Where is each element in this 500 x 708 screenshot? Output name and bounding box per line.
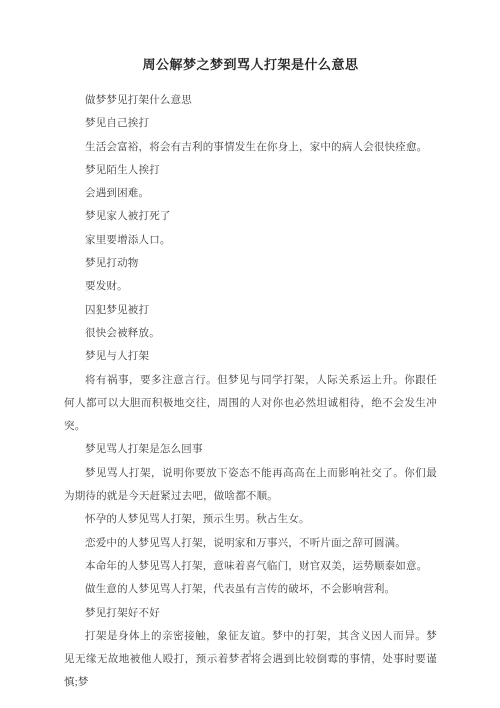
paragraph: 做梦梦见打架什么意思 xyxy=(64,89,437,112)
paragraph: 生活会富裕，将会有吉利的事情发生在你身上，家中的病人会很快痊愈。 xyxy=(64,136,437,159)
paragraph: 梦见家人被打死了 xyxy=(64,205,437,228)
paragraph: 会遇到困难。 xyxy=(64,182,437,205)
paragraph: 梦见打架好不好 xyxy=(64,602,437,625)
paragraph: 囚犯梦见被打 xyxy=(64,299,437,322)
paragraph: 梦见打动物 xyxy=(64,252,437,275)
paragraph: 本命年的人梦见骂人打架，意味着喜气临门，财官双美，运势顺泰如意。 xyxy=(64,555,437,578)
paragraph: 做生意的人梦见骂人打架，代表虽有言传的破坏，不会影响营利。 xyxy=(64,578,437,601)
paragraph: 恋爱中的人梦见骂人打架，说明家和万事兴，不听片面之辞可圆满。 xyxy=(64,532,437,555)
paragraph: 梦见骂人打架是怎么回事 xyxy=(64,438,437,461)
page-number: 1 xyxy=(0,649,500,661)
paragraph: 怀孕的人梦见骂人打架，预示生男。秋占生女。 xyxy=(64,508,437,531)
paragraph: 要发财。 xyxy=(64,275,437,298)
document-page: 周公解梦之梦到骂人打架是什么意思 做梦梦见打架什么意思 梦见自己挨打 生活会富裕… xyxy=(0,0,500,708)
paragraph: 梦见骂人打架，说明你要放下姿态不能再高高在上而影响社交了。你们最为期待的就是今天… xyxy=(64,462,437,509)
document-body: 做梦梦见打架什么意思 梦见自己挨打 生活会富裕，将会有吉利的事情发生在你身上，家… xyxy=(64,89,437,695)
document-title: 周公解梦之梦到骂人打架是什么意思 xyxy=(64,56,437,74)
paragraph: 梦见与人打架 xyxy=(64,345,437,368)
paragraph: 家里要增添人口。 xyxy=(64,229,437,252)
paragraph: 梦见自己挨打 xyxy=(64,112,437,135)
paragraph: 梦见陌生人挨打 xyxy=(64,159,437,182)
paragraph: 将有祸事，要多注意言行。但梦见与同学打架，人际关系运上升。你跟任何人都可以大胆而… xyxy=(64,369,437,439)
paragraph: 很快会被释放。 xyxy=(64,322,437,345)
